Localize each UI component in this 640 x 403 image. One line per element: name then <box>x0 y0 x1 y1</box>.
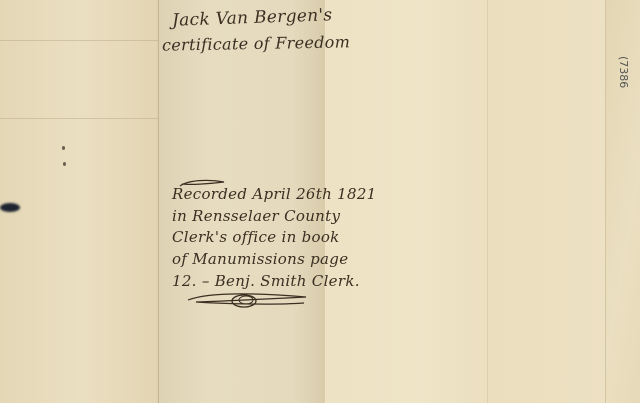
recording-line5: 12. – Benj. Smith Clerk. <box>172 272 360 290</box>
left-panel <box>0 0 158 403</box>
right-panel-2 <box>487 0 606 403</box>
fold-line <box>0 118 158 119</box>
fold-line <box>0 40 158 41</box>
recording-line3: Clerk's office in book <box>172 228 340 246</box>
endorsement-title-line2: certificate of Freedom <box>162 32 350 54</box>
ink-blot <box>0 203 20 212</box>
stain-spot <box>63 162 66 166</box>
recording-line4: of Manumissions page <box>172 250 348 268</box>
document-sheet: Jack Van Bergen's certificate of Freedom… <box>0 0 640 403</box>
stain-spot <box>62 146 65 150</box>
recording-line2: in Rensselaer County <box>172 207 340 225</box>
signature-flourish-icon <box>186 289 310 311</box>
recording-line1: Recorded April 26th 1821 <box>172 185 377 203</box>
catalog-number: (7386 <box>617 56 630 88</box>
